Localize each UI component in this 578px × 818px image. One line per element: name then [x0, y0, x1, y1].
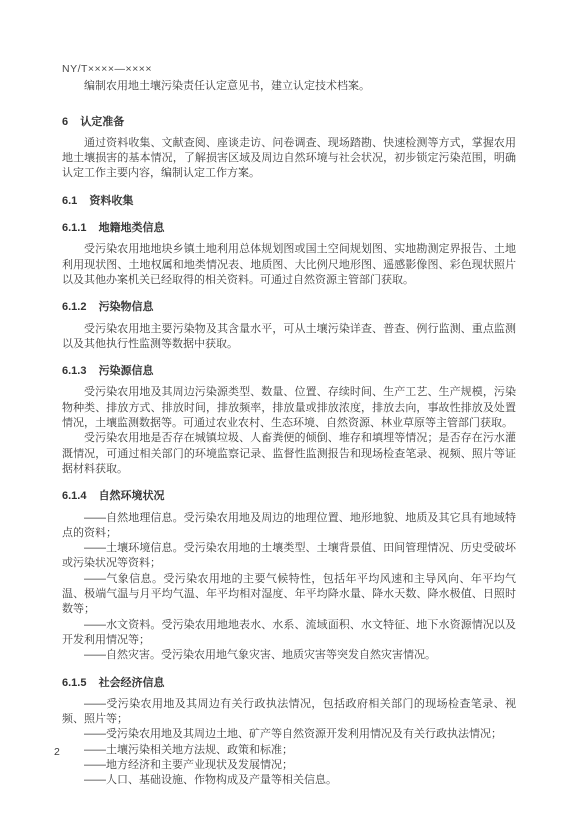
standard-code-header: NY/T××××—××××: [62, 62, 516, 77]
list-item-population-info: ——人口、基础设施、作物构成及产量等相关信息。: [62, 773, 516, 788]
heading-title: 社会经济信息: [99, 677, 165, 689]
list-item-soil-environment: ——土壤环境信息。受污染农用地的土壤类型、土壤背景值、田间管理情况、历史受破坏或…: [62, 541, 516, 572]
page-number: 2: [54, 746, 60, 758]
section-6-1-3-paragraph-1: 受污染农用地及其周边污染源类型、数量、位置、存续时间、生产工艺、生产规模，污染物…: [62, 385, 516, 431]
heading-title: 自然环境状况: [99, 490, 165, 502]
heading-number: 6.1.3: [62, 365, 86, 377]
heading-number: 6: [62, 116, 68, 128]
heading-number: 6.1: [62, 195, 77, 207]
list-item-resource-development: ——受污染农用地及其周边土地、矿产等自然资源开发利用情况及有关行政执法情况；: [62, 727, 516, 742]
list-item-natural-disaster: ——自然灾害。受污染农用地气象灾害、地质灾害等突发自然灾害情况。: [62, 648, 516, 663]
list-item-meteorology: ——气象信息。受污染农用地的主要气候特性，包括年平均风速和主导风向、年平均气温、…: [62, 572, 516, 618]
heading-title: 认定准备: [80, 116, 124, 128]
heading-title: 资料收集: [89, 195, 133, 207]
section-6-1-2-paragraph: 受污染农用地主要污染物及其含量水平，可从土壤污染详查、普查、例行监测、重点监测以…: [62, 322, 516, 353]
heading-section-6-1-4: 6.1.4自然环境状况: [62, 489, 516, 504]
list-item-law-enforcement: ——受污染农用地及其周边有关行政执法情况，包括政府相关部门的现场检查笔录、视频、…: [62, 697, 516, 728]
list-item-local-economy: ——地方经济和主要产业现状及发展情况；: [62, 758, 516, 773]
section-6-1-1-paragraph: 受污染农用地地块乡镇土地利用总体规划图或国土空间规划图、实地勘测定界报告、土地利…: [62, 242, 516, 288]
heading-number: 6.1.5: [62, 677, 86, 689]
document-page: NY/T××××—×××× 编制农用地土壤污染责任认定意见书，建立认定技术档案。…: [0, 0, 578, 818]
section-6-1-3-paragraph-2: 受污染农用地是否存在城镇垃圾、人畜粪便的倾倒、堆存和填埋等情况；是否存在污水灌溉…: [62, 431, 516, 477]
intro-paragraph: 编制农用地土壤污染责任认定意见书，建立认定技术档案。: [62, 79, 516, 94]
heading-number: 6.1.4: [62, 490, 86, 502]
heading-section-6-1-2: 6.1.2污染物信息: [62, 300, 516, 315]
list-item-geography: ——自然地理信息。受污染农用地及周边的地理位置、地形地貌、地质及其它具有地域特点…: [62, 511, 516, 542]
heading-section-6: 6认定准备: [62, 115, 516, 130]
page-content: NY/T××××—×××× 编制农用地土壤污染责任认定意见书，建立认定技术档案。…: [62, 62, 516, 789]
heading-title: 污染物信息: [99, 301, 154, 313]
heading-title: 污染源信息: [99, 365, 154, 377]
heading-section-6-1: 6.1资料收集: [62, 194, 516, 209]
heading-section-6-1-1: 6.1.1地籍地类信息: [62, 221, 516, 236]
heading-section-6-1-5: 6.1.5社会经济信息: [62, 676, 516, 691]
list-item-hydrology: ——水文资料。受污染农用地地表水、水系、流域面积、水文特征、地下水资源情况以及开…: [62, 618, 516, 649]
heading-title: 地籍地类信息: [99, 222, 165, 234]
heading-number: 6.1.1: [62, 222, 86, 234]
list-item-regulations: ——土壤污染相关地方法规、政策和标准；: [62, 743, 516, 758]
heading-number: 6.1.2: [62, 301, 86, 313]
heading-section-6-1-3: 6.1.3污染源信息: [62, 364, 516, 379]
section-6-paragraph: 通过资料收集、文献查阅、座谈走访、问卷调查、现场踏勘、快速检测等方式，掌握农用地…: [62, 136, 516, 182]
